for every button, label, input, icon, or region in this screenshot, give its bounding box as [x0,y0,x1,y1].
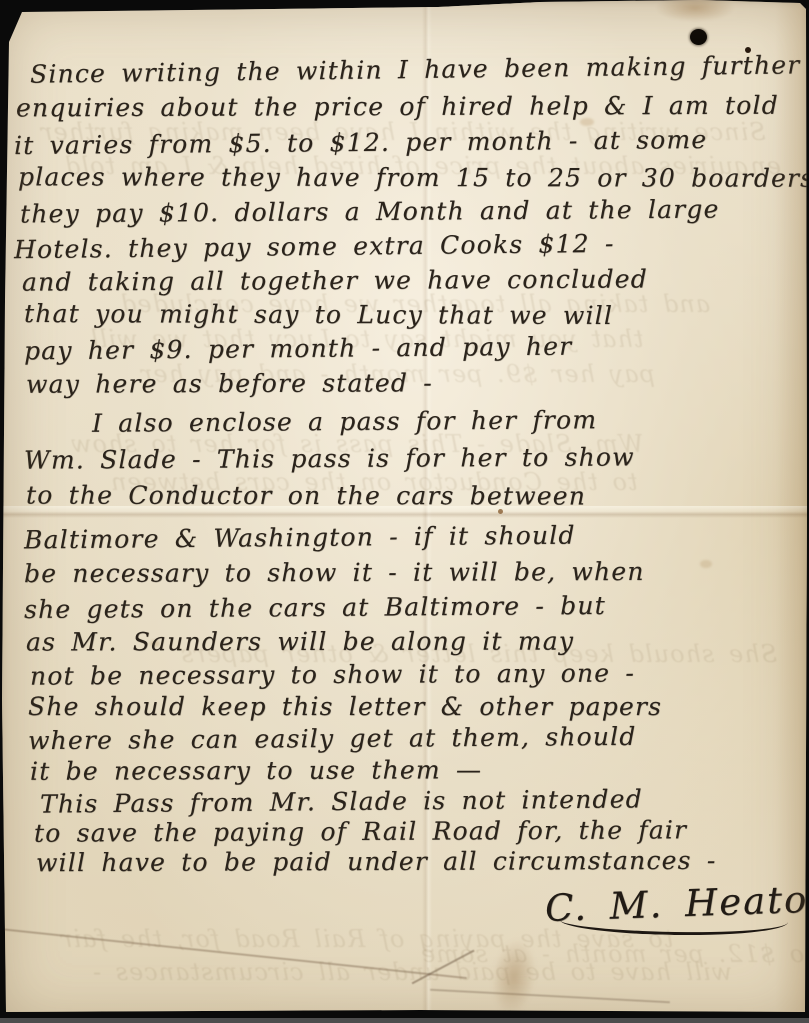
letter-line: places where they have from 15 to 25 or … [18,162,809,192]
letter-line: I also enclose a pass for her from [92,405,597,438]
letter-line: will have to be paid under all circumsta… [36,846,717,877]
scanned-letter-page: Since writing the within I have been mak… [0,0,809,1023]
scanner-bed-edge [0,1018,809,1023]
letter-line: that you might say to Lucy that we will [24,299,613,330]
letter-line: to save the paying of Rail Road for, the… [34,815,687,847]
letter-line: she gets on the cars at Baltimore - but [24,591,606,624]
letter-line: enquiries about the price of hired help … [16,91,779,123]
paper: Since writing the within I have been mak… [0,0,809,1023]
letter-line: as Mr. Saunders will be along it may [26,627,574,657]
ink-blot [690,29,707,45]
letter-line: they pay $10. dollars a Month and at the… [20,195,720,229]
letter-line: and taking all together we have conclude… [22,264,648,296]
letter-line: Since writing the within I have been mak… [30,50,801,88]
letter-line: pay her $9. per month - and pay her [24,332,573,366]
letter-line: Baltimore & Washington - if it should [24,521,576,555]
letter-body: Since writing the within I have been mak… [0,0,809,1023]
letter-line: She should keep this letter & other pape… [28,692,662,721]
letter-line: Wm. Slade - This pass is for her to show [24,442,635,474]
letter-line: This Pass from Mr. Slade is not intended [40,784,643,818]
letter-line: be necessary to show it - it will be, wh… [24,557,645,588]
letter-line: it varies from $5. to $12. per month - a… [14,125,708,160]
letter-line: where she can easily get at them, should [28,722,637,755]
letter-line: to the Conductor on the cars between [26,481,586,511]
letter-line: way here as before stated - [26,368,433,398]
ink-speck [745,47,751,53]
letter-line: it be necessary to use them — [30,755,482,786]
letter-line: Hotels. they pay some extra Cooks $12 - [14,229,615,264]
letter-line: not be necessary to show it to any one - [30,658,635,690]
